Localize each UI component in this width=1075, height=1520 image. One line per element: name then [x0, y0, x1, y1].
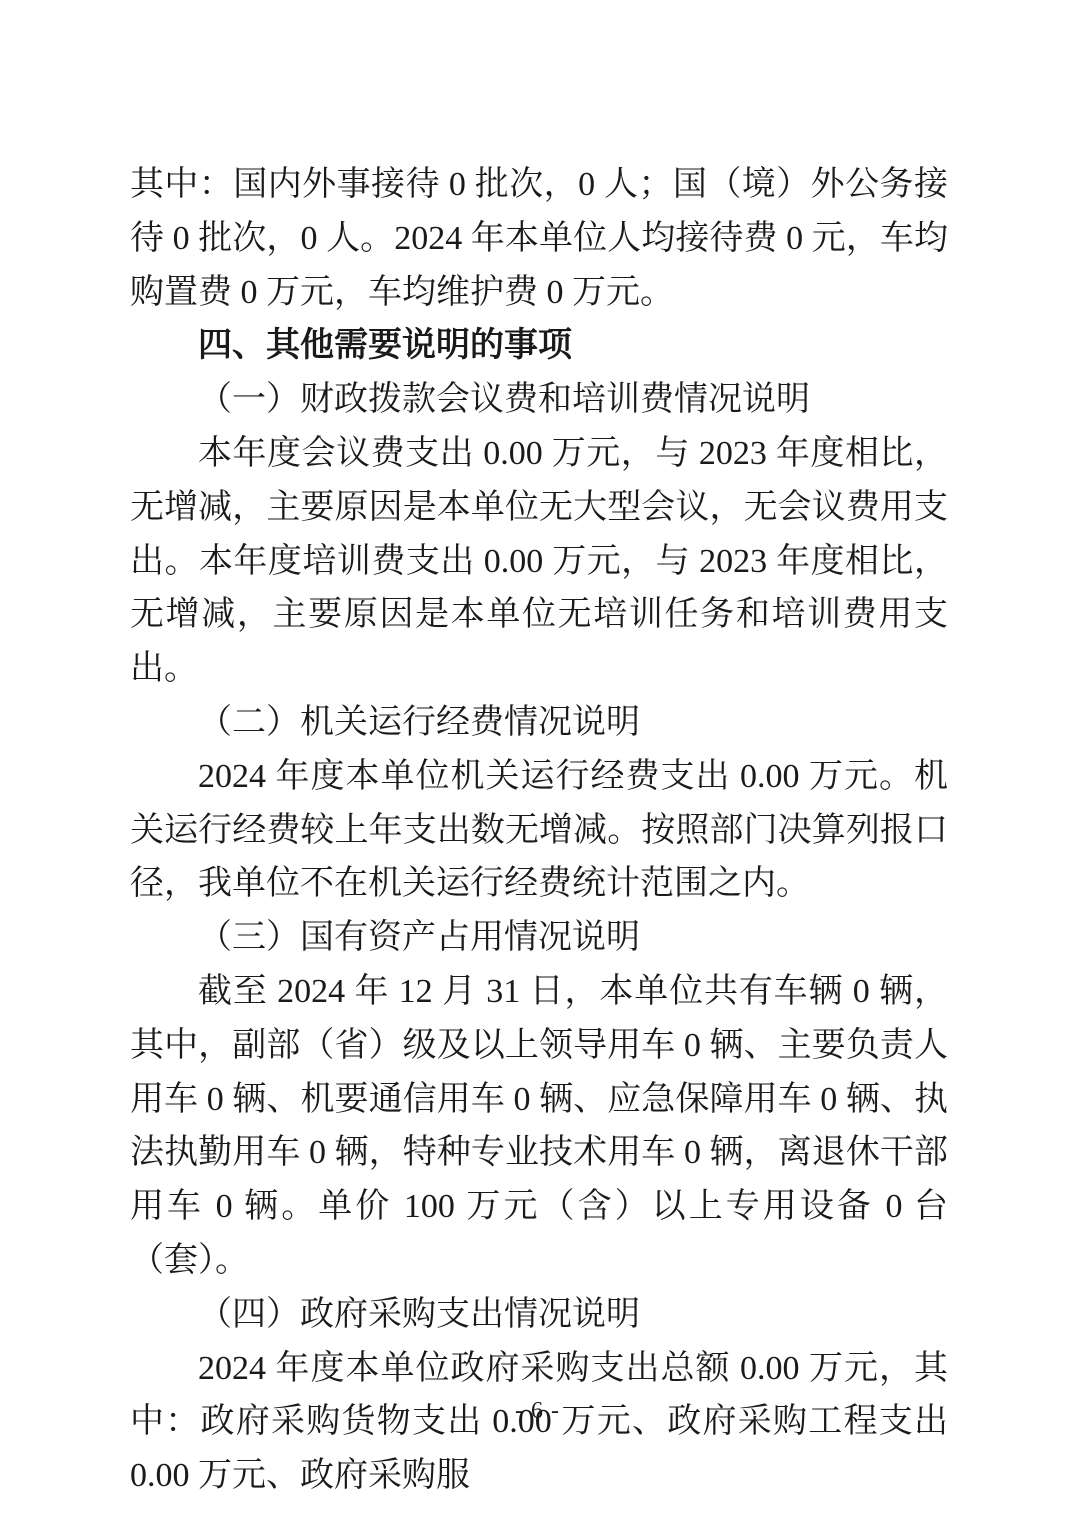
section-heading: 四、其他需要说明的事项: [130, 319, 948, 373]
subsection-heading: （四）政府采购支出情况说明: [130, 1288, 948, 1342]
subsection-heading: （一）财政拨款会议费和培训费情况说明: [130, 373, 948, 427]
document-page: 其中：国内外事接待 0 批次，0 人；国（境）外公务接待 0 批次，0 人。20…: [0, 0, 1075, 1520]
subsection-heading: （三）国有资产占用情况说明: [130, 911, 948, 965]
paragraph: 截至 2024 年 12 月 31 日，本单位共有车辆 0 辆，其中，副部（省）…: [130, 965, 948, 1288]
subsection-heading: （二）机关运行经费情况说明: [130, 696, 948, 750]
paragraph: 2024 年度本单位机关运行经费支出 0.00 万元。机关运行经费较上年支出数无…: [130, 750, 948, 911]
page-number: - 6 -: [0, 1398, 1075, 1425]
paragraph: 本年度会议费支出 0.00 万元，与 2023 年度相比，无增减，主要原因是本单…: [130, 427, 948, 696]
paragraph: 其中：国内外事接待 0 批次，0 人；国（境）外公务接待 0 批次，0 人。20…: [130, 158, 948, 319]
document-body: 其中：国内外事接待 0 批次，0 人；国（境）外公务接待 0 批次，0 人。20…: [130, 158, 948, 1503]
